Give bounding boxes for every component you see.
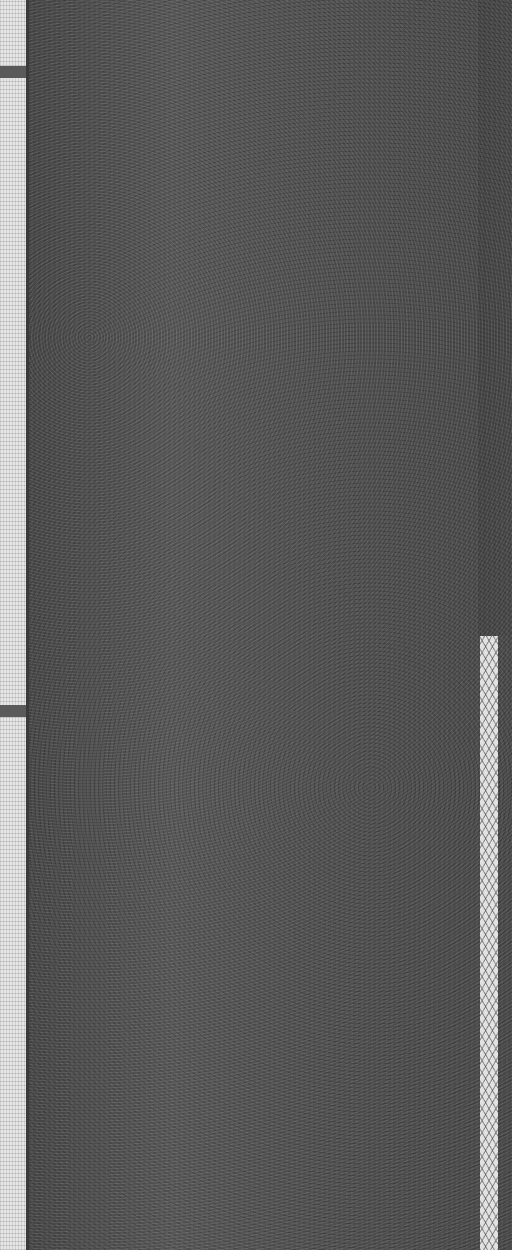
- line-edge-seam: [26, 0, 29, 1250]
- left-lane-line: [0, 0, 26, 1250]
- left-line-break: [0, 705, 26, 717]
- asphalt-surface: [26, 0, 512, 1250]
- road-photo: [0, 0, 512, 1250]
- right-lane-line: [480, 636, 498, 1250]
- road-edge-shading: [478, 0, 512, 636]
- left-line-break: [0, 66, 26, 78]
